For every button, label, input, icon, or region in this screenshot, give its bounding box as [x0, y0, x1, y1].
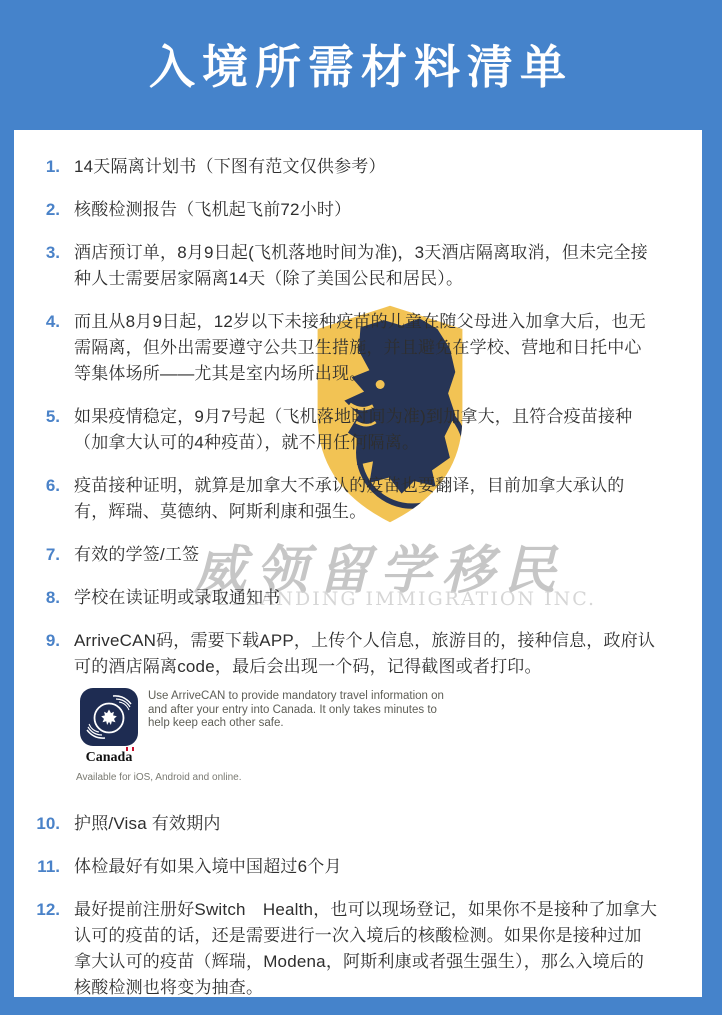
list-number: 12. — [14, 897, 74, 997]
list-text: 学校在读证明或录取通知书 — [74, 585, 658, 611]
list-item: 10. 护照/Visa 有效期内 — [14, 811, 702, 837]
list-item: 7. 有效的学签/工签 — [14, 542, 702, 568]
list-text: 如果疫情稳定，9月7号起（飞机落地时间为准)到加拿大，且符合疫苗接种（加拿大认可… — [74, 404, 658, 456]
list-number: 8. — [14, 585, 74, 611]
list-number: 2. — [14, 197, 74, 223]
list-item: 9. ArriveCAN码，需要下载APP，上传个人信息，旅游目的，接种信息，政… — [14, 628, 702, 680]
arrivecan-left-column: Canada Available for iOS, Android and on… — [74, 688, 144, 783]
list-item: 2. 核酸检测报告（飞机起飞前72小时） — [14, 197, 702, 223]
canada-flag-icon — [126, 747, 134, 751]
list-text: 有效的学签/工签 — [74, 542, 658, 568]
arrivecan-block: Canada Available for iOS, Android and on… — [74, 688, 702, 783]
content-card: 威领留学移民 WELLANDING IMMIGRATION INC. 1. 14… — [14, 130, 702, 997]
list-number: 6. — [14, 473, 74, 525]
list-item: 1. 14天隔离计划书（下图有范文仅供参考） — [14, 154, 702, 180]
list-number: 4. — [14, 309, 74, 387]
list-number: 1. — [14, 154, 74, 180]
list-item: 11. 体检最好有如果入境中国超过6个月 — [14, 854, 702, 880]
canada-wordmark: Canada — [86, 750, 133, 766]
canada-wordmark-text: Canada — [86, 750, 133, 765]
list-number: 5. — [14, 404, 74, 456]
list-text: 14天隔离计划书（下图有范文仅供参考） — [74, 154, 658, 180]
checklist: 1. 14天隔离计划书（下图有范文仅供参考） 2. 核酸检测报告（飞机起飞前72… — [14, 130, 702, 680]
list-number: 9. — [14, 628, 74, 680]
list-item: 5. 如果疫情稳定，9月7号起（飞机落地时间为准)到加拿大，且符合疫苗接种（加拿… — [14, 404, 702, 456]
list-item: 12. 最好提前注册好Switch Health，也可以现场登记，如果你不是接种… — [14, 897, 702, 997]
list-text: 而且从8月9日起，12岁以下未接种疫苗的儿童在随父母进入加拿大后，也无需隔离，但… — [74, 309, 658, 387]
list-text: 酒店预订单，8月9日起(飞机落地时间为准)，3天酒店隔离取消，但未完全接种人士需… — [74, 240, 658, 292]
list-item: 3. 酒店预订单，8月9日起(飞机落地时间为准)，3天酒店隔离取消，但未完全接种… — [14, 240, 702, 292]
list-number: 10. — [14, 811, 74, 837]
list-number: 11. — [14, 854, 74, 880]
list-text: 最好提前注册好Switch Health，也可以现场登记，如果你不是接种了加拿大… — [74, 897, 658, 997]
arrivecan-availability: Available for iOS, Android and online. — [76, 772, 144, 783]
list-number: 3. — [14, 240, 74, 292]
list-text: ArriveCAN码，需要下载APP，上传个人信息，旅游目的，接种信息，政府认可… — [74, 628, 658, 680]
poster: { "header": { "title": "入境所需材料清单" }, "th… — [0, 0, 722, 1015]
arrivecan-app-icon — [80, 688, 138, 746]
list-text: 护照/Visa 有效期内 — [74, 811, 658, 837]
list-text: 核酸检测报告（飞机起飞前72小时） — [74, 197, 658, 223]
arrivecan-description: Use ArriveCAN to provide mandatory trave… — [148, 688, 448, 783]
list-item: 8. 学校在读证明或录取通知书 — [14, 585, 702, 611]
list-item: 6. 疫苗接种证明，就算是加拿大不承认的疫苗也要翻译，目前加拿大承认的有，辉瑞、… — [14, 473, 702, 525]
list-number: 7. — [14, 542, 74, 568]
list-item: 4. 而且从8月9日起，12岁以下未接种疫苗的儿童在随父母进入加拿大后，也无需隔… — [14, 309, 702, 387]
page-title: 入境所需材料清单 — [0, 42, 722, 93]
checklist-continued: 10. 护照/Visa 有效期内 11. 体检最好有如果入境中国超过6个月 12… — [14, 811, 702, 997]
list-text: 体检最好有如果入境中国超过6个月 — [74, 854, 658, 880]
list-text: 疫苗接种证明，就算是加拿大不承认的疫苗也要翻译，目前加拿大承认的有，辉瑞、莫德纳… — [74, 473, 658, 525]
